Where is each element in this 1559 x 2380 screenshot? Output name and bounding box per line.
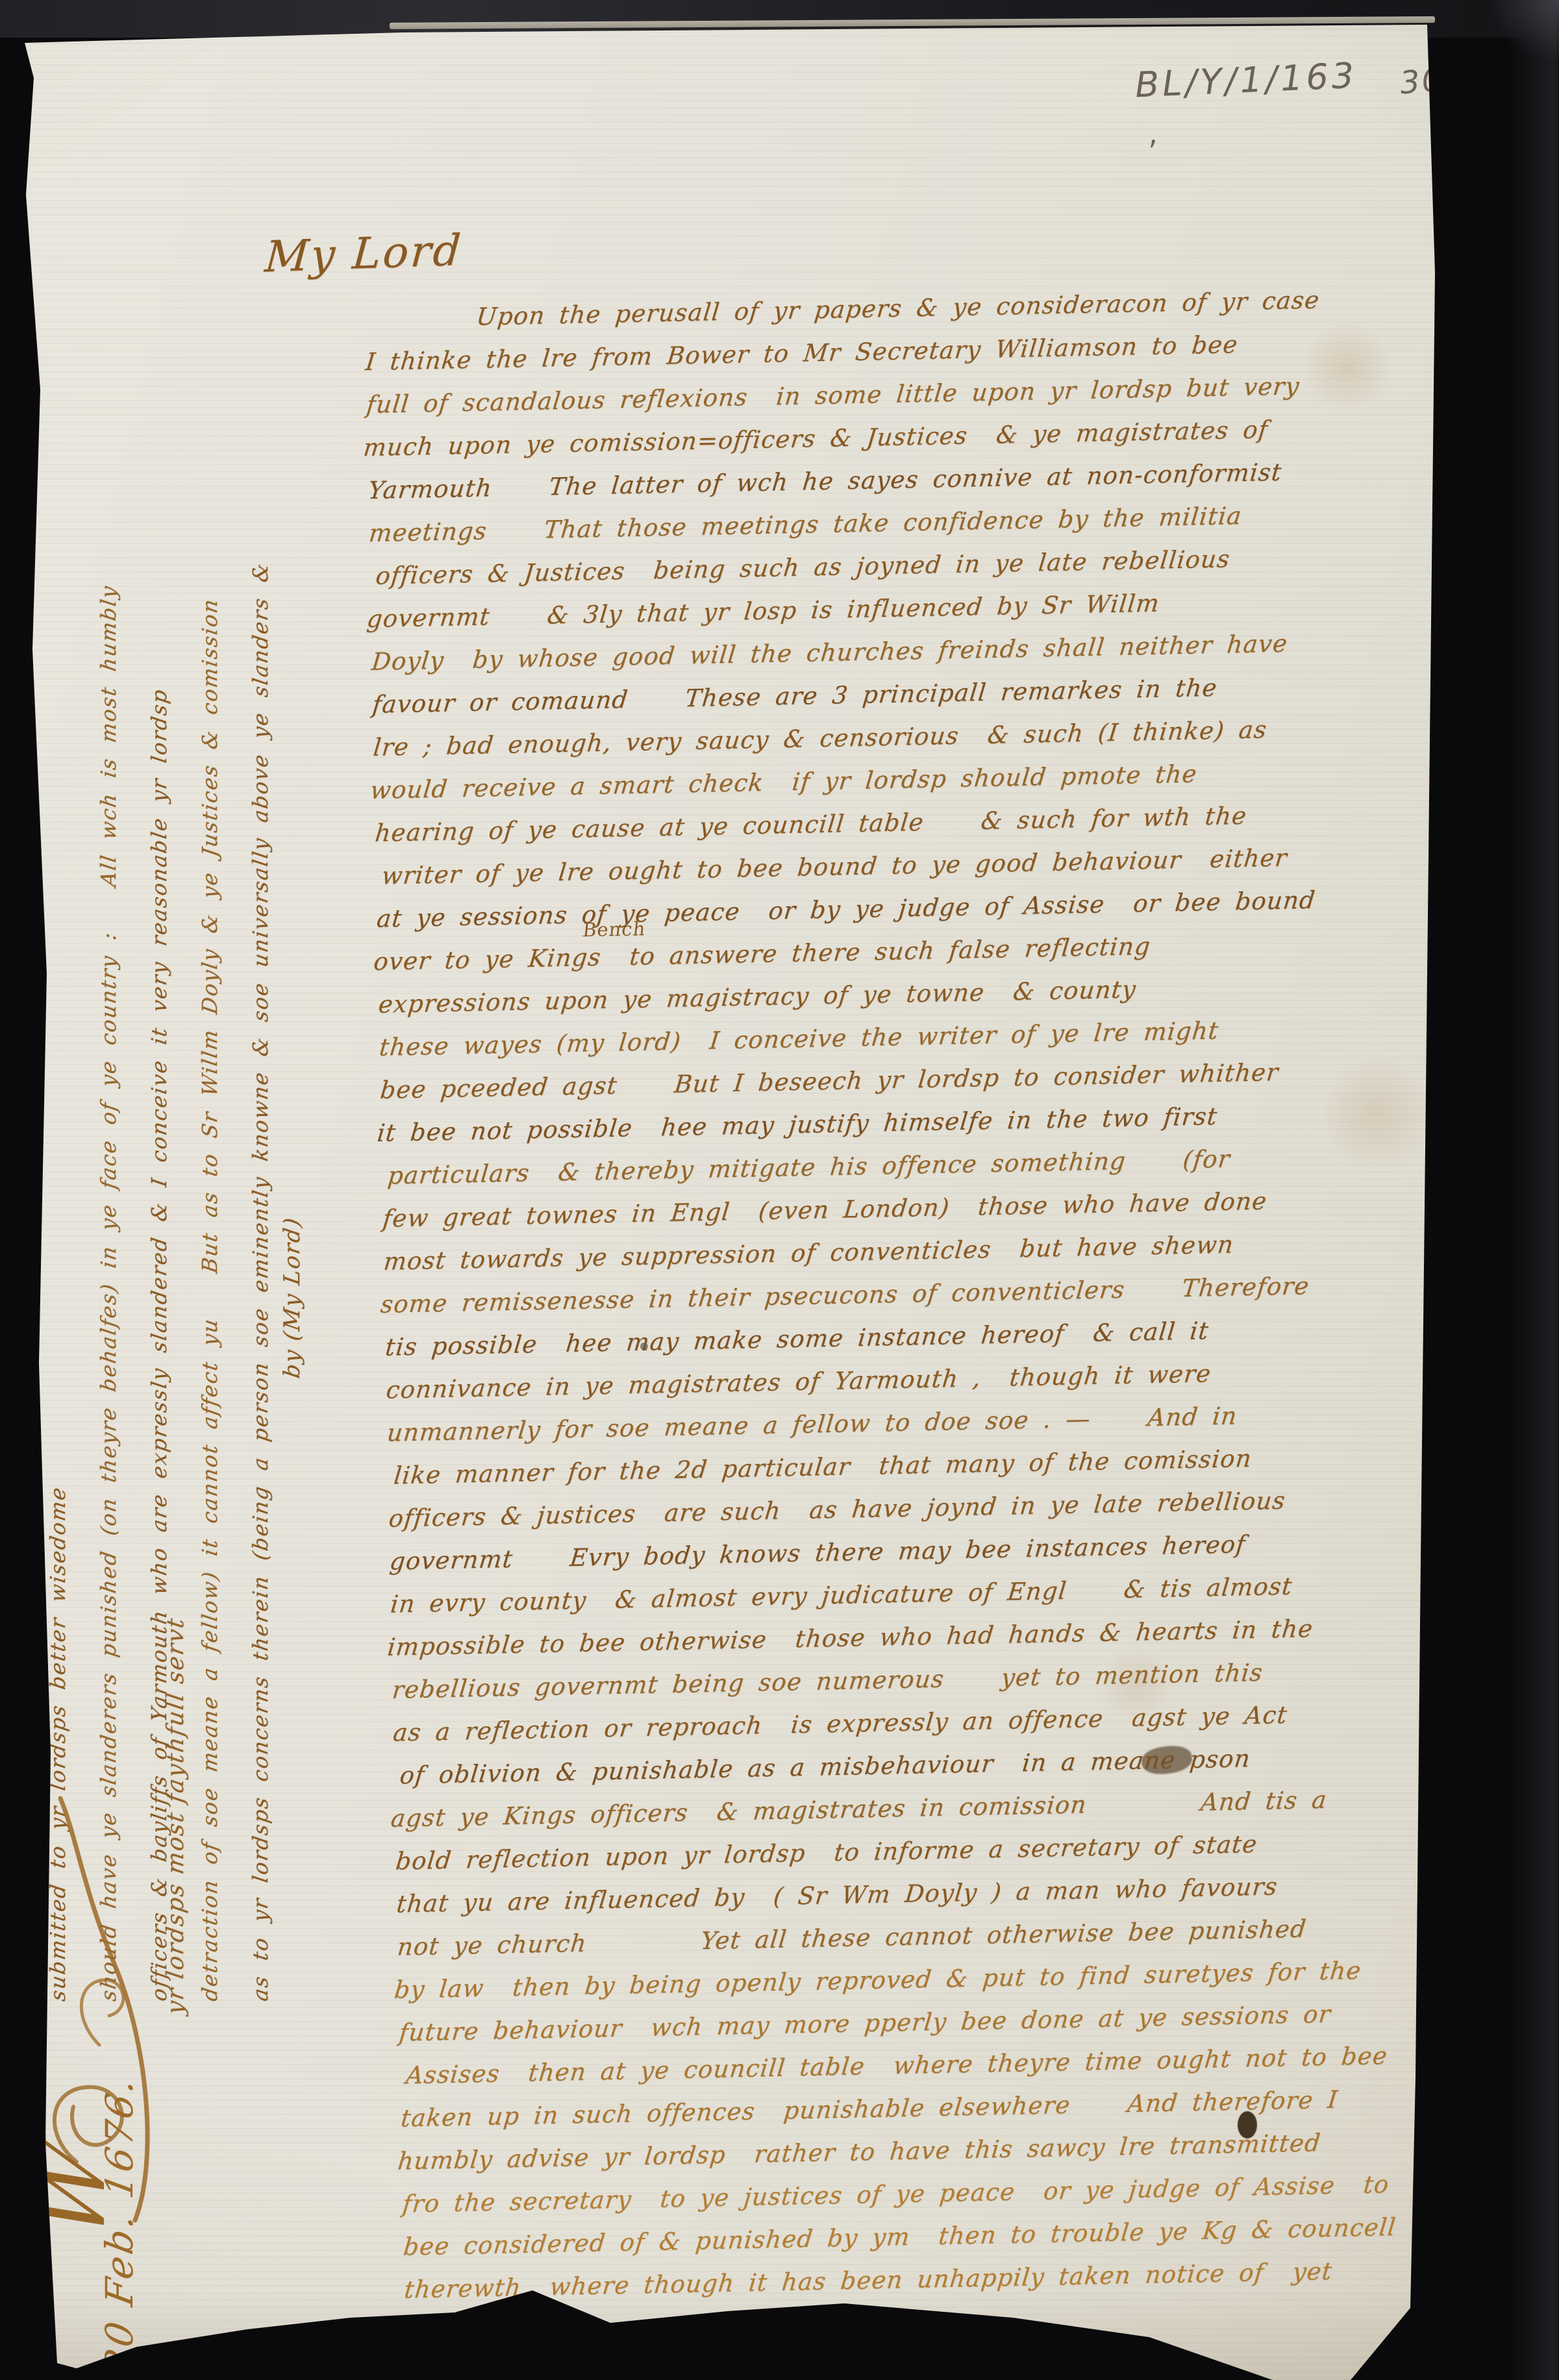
- letter-sheet: BL/Y/1/163 , 303 My Lord Upon the perusa…: [0, 0, 1559, 2380]
- closing-by-line: by (My Lord): [279, 792, 305, 1380]
- letter-date: 20 Feb. 1676.: [97, 1944, 142, 2373]
- photo-corner-highlight: [1488, 0, 1559, 62]
- letter-date-text: 20 Feb. 1676.: [97, 2073, 142, 2377]
- margin-line: detraction of soe meane a fellow) it can…: [197, 286, 248, 2007]
- salutation: My Lord: [263, 225, 464, 282]
- manuscript-photo: BL/Y/1/163 , 303 My Lord Upon the perusa…: [0, 0, 1559, 2380]
- folio-number: 303: [1399, 60, 1467, 102]
- margin-line: should have ye slanderers punished (on t…: [96, 286, 147, 2007]
- letter-body-lines: Upon the perusall of yr papers & ye cons…: [364, 282, 1559, 2318]
- interlined-word: Bench: [582, 917, 647, 941]
- closing-servant-line: yr lordsps most faythfull servt: [162, 1298, 189, 2016]
- letter-body: Upon the perusall of yr papers & ye cons…: [364, 282, 1559, 2318]
- shelfmark-tick-mark: ,: [1145, 115, 1160, 151]
- margin-line: submitted to yr lordsps better wisedome: [45, 286, 96, 2007]
- archive-shelfmark: BL/Y/1/163: [1134, 55, 1358, 106]
- photo-background-right: [1508, 0, 1559, 2380]
